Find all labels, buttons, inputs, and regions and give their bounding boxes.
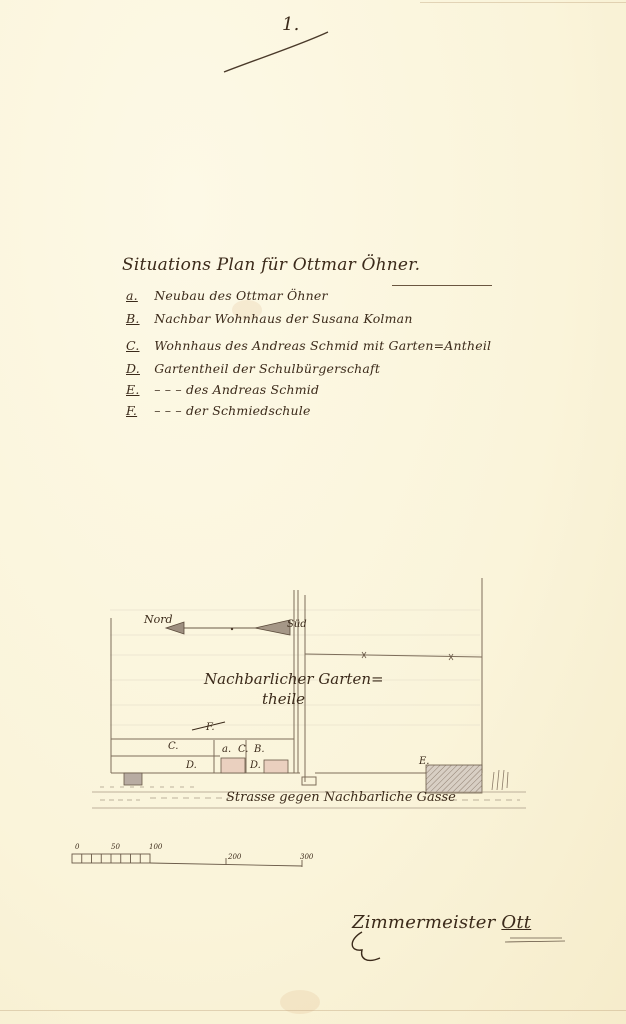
south-arrow-icon <box>255 620 290 635</box>
signature-flourish <box>352 932 380 960</box>
scale-bar <box>72 854 302 867</box>
plot-label-e: E. <box>419 756 429 767</box>
garden-label-2: theile <box>262 690 305 708</box>
building-a <box>221 758 245 773</box>
plot-label-a: a. <box>222 744 231 755</box>
street-label: Strasse gegen Nachbarliche Gasse <box>226 790 456 805</box>
plot-label-f: F. <box>206 722 215 733</box>
plot-label-c: C. <box>168 741 178 752</box>
signature: Zimmermeister Ott <box>352 912 531 933</box>
plot-label-d1: D. <box>186 760 197 771</box>
plot-label-d2: D. <box>250 760 261 771</box>
building-outhouse <box>124 773 142 785</box>
south-label: Süd <box>287 619 307 630</box>
scale-tick-50: 50 <box>111 843 120 851</box>
garden-label: Nachbarlicher Garten= <box>204 670 384 688</box>
scale-tick-200: 200 <box>228 853 241 861</box>
signature-role: Zimmermeister <box>352 912 495 933</box>
scale-tick-0: 0 <box>75 843 79 851</box>
plot-label-c2: C. <box>238 744 248 755</box>
plot-label-b: B. <box>254 744 265 755</box>
document-page: 1. Situations Plan für Ottmar Öhner. a. … <box>0 0 626 1024</box>
north-label: Nord <box>144 613 173 626</box>
site-plan-drawing <box>0 0 626 1024</box>
building-e-hatched <box>426 765 482 793</box>
scale-tick-100: 100 <box>149 843 162 851</box>
building-b <box>264 760 288 773</box>
scale-tick-300: 300 <box>300 853 313 861</box>
signature-name: Ott <box>501 912 531 933</box>
